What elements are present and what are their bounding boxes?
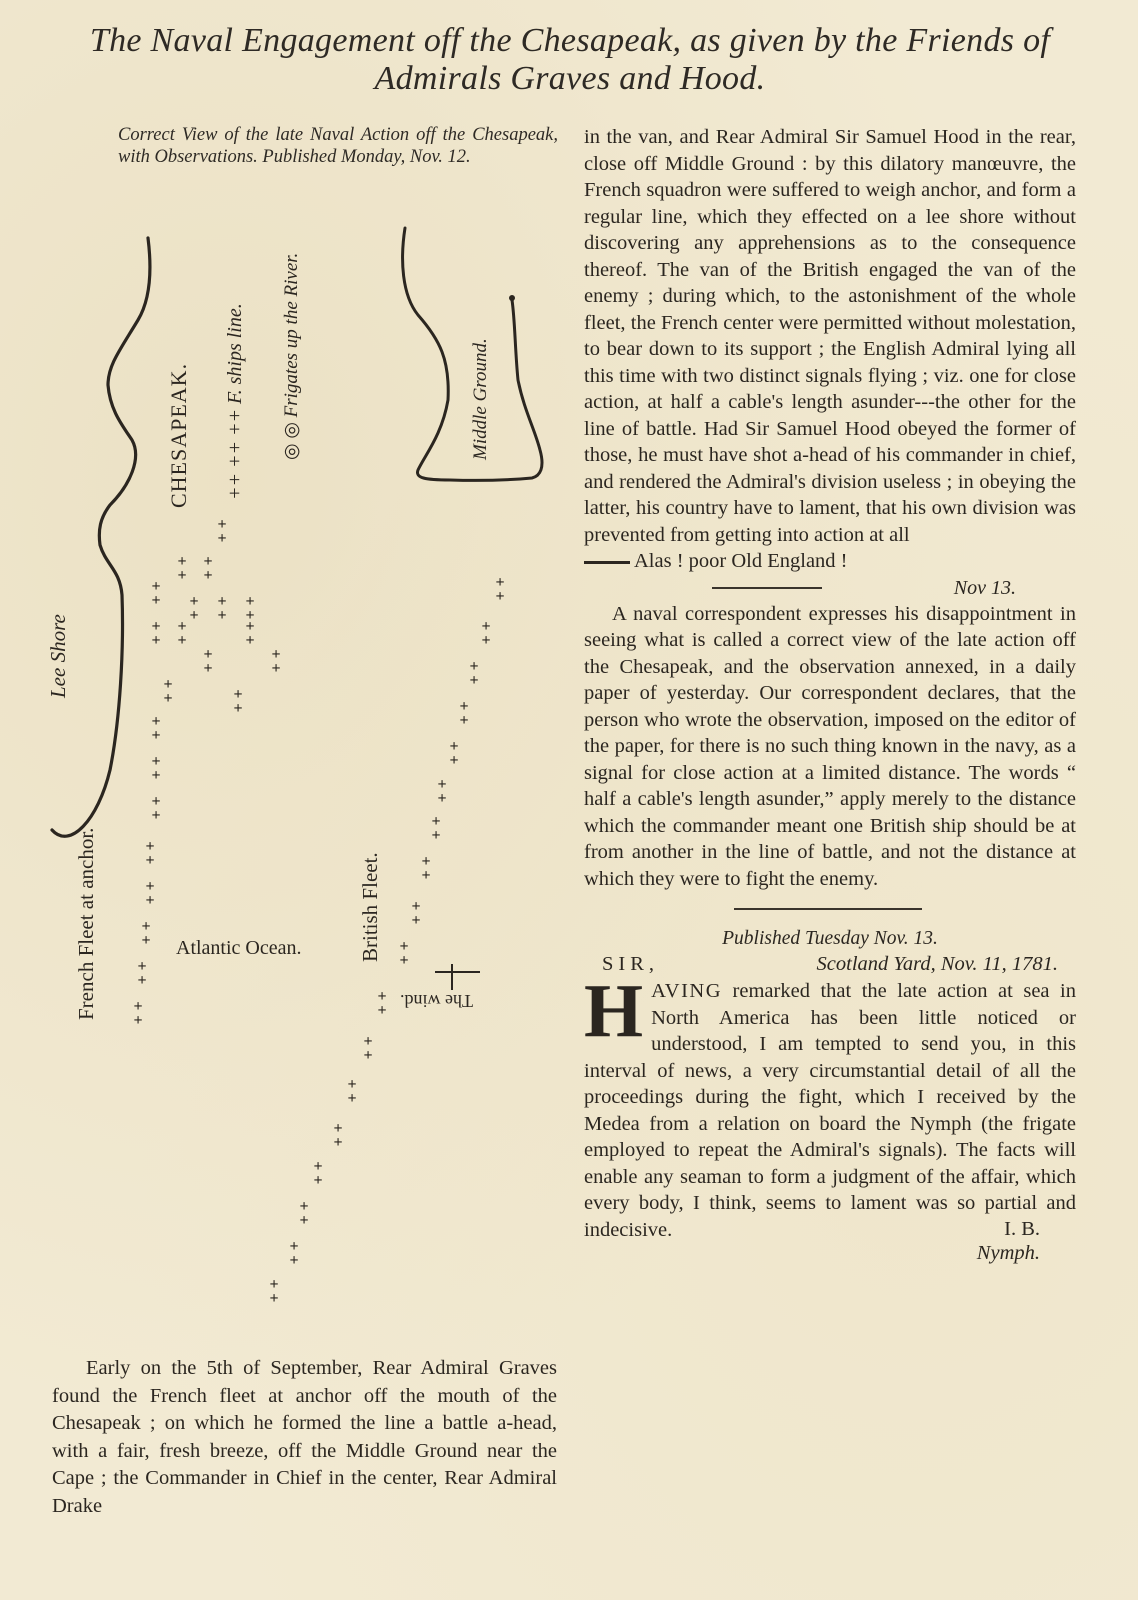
british-ship-marker	[410, 900, 422, 930]
french-ship-marker	[270, 648, 282, 678]
label-french-ships-line: ++ ++ ++ F. ships line.	[224, 303, 247, 500]
french-ship-marker	[176, 555, 188, 585]
french-ship-marker	[216, 595, 228, 625]
french-ship-marker	[162, 678, 174, 708]
label-atlantic-ocean: Atlantic Ocean.	[176, 937, 302, 960]
salutation-line: SIR, Scotland Yard, Nov. 11, 1781.	[584, 952, 1076, 976]
british-ship-marker	[268, 1278, 280, 1308]
british-ship-marker	[398, 940, 410, 970]
british-ship-marker	[468, 660, 480, 690]
drop-cap: H	[584, 982, 643, 1040]
page-headline: The Naval Engagement off the Chesapeak, …	[40, 22, 1100, 98]
correspondent-paragraph: A naval correspondent expresses his disa…	[584, 601, 1076, 893]
letter-body: H AVING remarked that the late action at…	[584, 978, 1076, 1243]
label-middle-ground: Middle Ground.	[470, 338, 492, 460]
british-ship-marker	[332, 1122, 344, 1152]
headline-line-2: Admirals Graves and Hood.	[40, 60, 1100, 98]
french-ship-marker	[140, 920, 152, 950]
place-date: Scotland Yard, Nov. 11, 1781.	[817, 952, 1058, 976]
label-the-wind: The wind.	[400, 990, 473, 1011]
british-ship-marker	[480, 620, 492, 650]
french-ship-marker	[232, 688, 244, 718]
label-french-fleet: French Fleet at anchor.	[74, 828, 99, 1020]
published-line: Published Tuesday Nov. 13.	[584, 926, 1076, 952]
british-ship-marker	[376, 990, 388, 1020]
british-ship-marker	[458, 700, 470, 730]
left-column-article: Early on the 5th of September, Rear Admi…	[52, 1355, 557, 1520]
british-ship-marker	[430, 815, 442, 845]
battle-map: CHESAPEAK. ++ ++ ++ F. ships line. ◎ ◎ F…	[40, 200, 560, 1330]
french-ship-marker	[132, 1000, 144, 1030]
right-column: in the van, and Rear Admiral Sir Samuel …	[584, 124, 1076, 1265]
british-ship-marker	[448, 740, 460, 770]
french-ship-marker	[144, 840, 156, 870]
newspaper-page: The Naval Engagement off the Chesapeak, …	[0, 0, 1138, 1600]
french-ship-marker	[202, 555, 214, 585]
french-ship-marker	[144, 880, 156, 910]
divider-rule	[734, 908, 922, 910]
french-ship-marker	[176, 620, 188, 650]
section-divider-2	[584, 896, 1076, 926]
label-chesapeak: CHESAPEAK.	[166, 363, 192, 508]
french-ship-marker	[188, 595, 200, 625]
british-ship-marker	[288, 1240, 300, 1270]
label-lee-shore: Lee Shore	[46, 614, 71, 698]
article-paragraph: Early on the 5th of September, Rear Admi…	[52, 1355, 557, 1520]
french-ship-marker	[202, 648, 214, 678]
label-frigates-up-river: ◎ ◎ Frigates up the River.	[280, 253, 303, 460]
french-ship-marker	[150, 620, 162, 650]
french-ship-marker	[216, 518, 228, 548]
french-ship-marker	[244, 620, 256, 650]
french-ship-marker	[150, 795, 162, 825]
french-ship-marker	[150, 715, 162, 745]
british-ship-marker	[436, 778, 448, 808]
section-divider: Nov 13.	[584, 575, 1076, 601]
lee-shore-coastline	[52, 238, 150, 836]
divider-rule	[712, 587, 822, 589]
alas-line: Alas ! poor Old England !	[584, 548, 1076, 575]
letter-paragraph: AVING remarked that the late action at s…	[584, 978, 1076, 1243]
british-ship-marker	[362, 1035, 374, 1065]
article-continuation: in the van, and Rear Admiral Sir Samuel …	[584, 124, 1076, 548]
british-ship-marker	[346, 1078, 358, 1108]
french-ship-marker	[150, 755, 162, 785]
signature-ship: Nymph.	[584, 1241, 1040, 1265]
em-dash-rule	[584, 561, 630, 564]
british-ship-marker	[298, 1200, 310, 1230]
british-ship-marker	[494, 576, 506, 606]
french-ship-marker	[136, 960, 148, 990]
headline-line-1: The Naval Engagement off the Chesapeak, …	[40, 22, 1100, 60]
label-british-fleet: British Fleet.	[358, 852, 383, 962]
map-caption: Correct View of the late Naval Action of…	[118, 124, 558, 168]
british-ship-marker	[312, 1160, 324, 1190]
dateline: Nov 13.	[954, 575, 1016, 602]
french-ship-marker	[150, 580, 162, 610]
british-ship-marker	[420, 855, 432, 885]
